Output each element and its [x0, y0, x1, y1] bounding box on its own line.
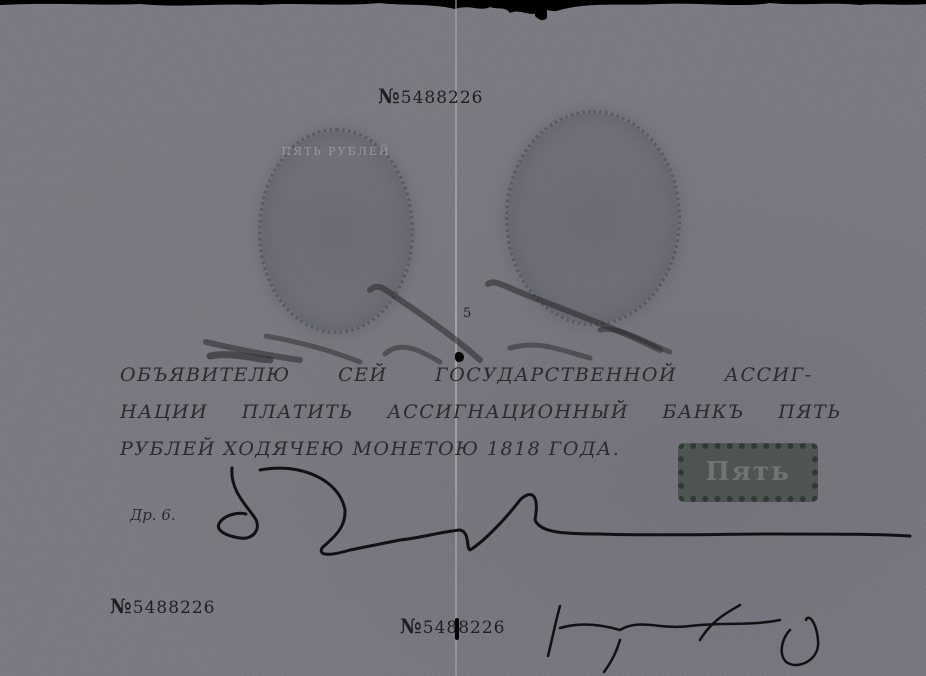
banknote: №5488226 ПЯТЬ РУБЛЕЙ 5 Объявителю сей го…: [0, 0, 926, 676]
ink-blot: [455, 618, 459, 640]
ink-blot: [455, 352, 464, 362]
handwritten-signatures: [0, 0, 926, 676]
